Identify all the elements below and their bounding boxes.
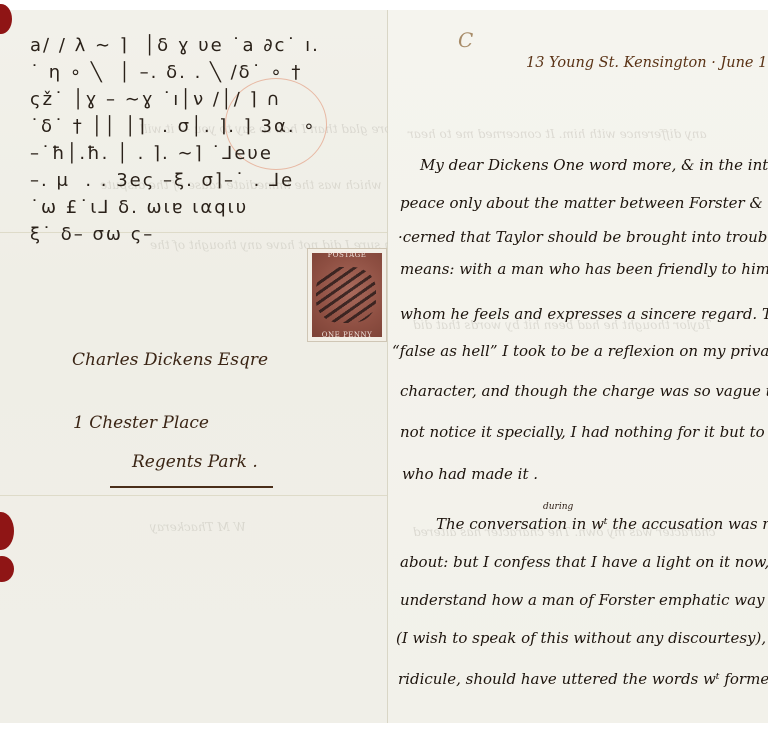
letter-line: means: with a man who has been friendly … <box>400 260 768 278</box>
letter-line: whom he feels and expresses a sincere re… <box>400 305 768 323</box>
letter-line: not notice it specially, I had nothing f… <box>400 423 768 441</box>
recipient-area: Regents Park . <box>132 452 258 472</box>
letter-salutation-line: My dear Dickens One word more, & in the … <box>420 156 768 174</box>
letter-line: understand how a man of Forster emphatic… <box>400 591 768 609</box>
shorthand-line: ˙ω £˙ι⅃ δ. ωιɐ ιαqιυ <box>30 194 360 221</box>
letter-line: ·cerned that Taylor should be brought in… <box>398 228 768 246</box>
address-panel: I am more glad than I had to say to you … <box>0 10 388 723</box>
letter-line: ridicule, should have uttered the words … <box>398 670 768 688</box>
letter-line: The conversation in wᵗ the accusation wa… <box>436 515 768 533</box>
shorthand-line: ξ˙ δ– σω ς– <box>30 221 360 248</box>
shorthand-line: ˙δ˙ † ││ │⌉ . σ│. ⌉. ⌉ 3α. ∘ <box>30 113 360 140</box>
shorthand-line: –˙ħ│.ħ. │ . ⌉. ∼⌉ ˙⅃eυe <box>30 140 360 167</box>
penny-red-stamp: POSTAGE ONE PENNY <box>307 248 387 342</box>
address-underline <box>110 486 273 488</box>
letter-line: (I wish to speak of this without any dis… <box>396 629 768 647</box>
shorthand-line: a∕ / λ ∼ ⌉ │δ ɣ υe ˙a ∂c˙ ı. <box>30 32 360 59</box>
recipient-name: Charles Dickens Esqre <box>72 350 268 370</box>
cancellation-marks <box>316 267 376 323</box>
letter-line: “false as hell” I took to be a reflexion… <box>392 342 768 360</box>
shorthand-line: ˙ η ∘ ╲ │ –. δ. . ╲ ∕δ˙ ∘ † <box>30 59 360 86</box>
letter-line: about: but I confess that I have a light… <box>400 553 768 571</box>
interlinear-insertion: during <box>543 502 573 512</box>
letter-line: peace only about the matter between Fors… <box>400 194 768 212</box>
recipient-street: 1 Chester Place <box>73 413 209 433</box>
show-through-text: W M Thackeray <box>150 520 246 534</box>
letter-line: character, and though the charge was so … <box>400 382 768 400</box>
shorthand-notes: a∕ / λ ∼ ⌉ │δ ɣ υe ˙a ∂c˙ ı.˙ η ∘ ╲ │ –.… <box>30 32 360 248</box>
stamp-top-label: POSTAGE <box>308 251 386 259</box>
letter-line: who had made it . <box>402 465 538 483</box>
show-through-text: any difference with him. It concerned me… <box>408 127 707 141</box>
stamp-bottom-label: ONE PENNY <box>308 331 386 339</box>
letter-dateline: 13 Young St. Kensington · June 11. 1847 <box>526 55 768 71</box>
pencil-annotation: C <box>458 28 473 52</box>
shorthand-line: ςž˙ │ɣ – ∼ɣ ˙ı│ν ∕│∕ ⌉ ∩ <box>30 86 360 113</box>
fold-line <box>0 495 387 496</box>
shorthand-line: –. μ . . 3eς –ξ. σ⌉–˙ . ⅃e <box>30 167 360 194</box>
letter-page: any difference with him. It concerned me… <box>388 10 768 723</box>
